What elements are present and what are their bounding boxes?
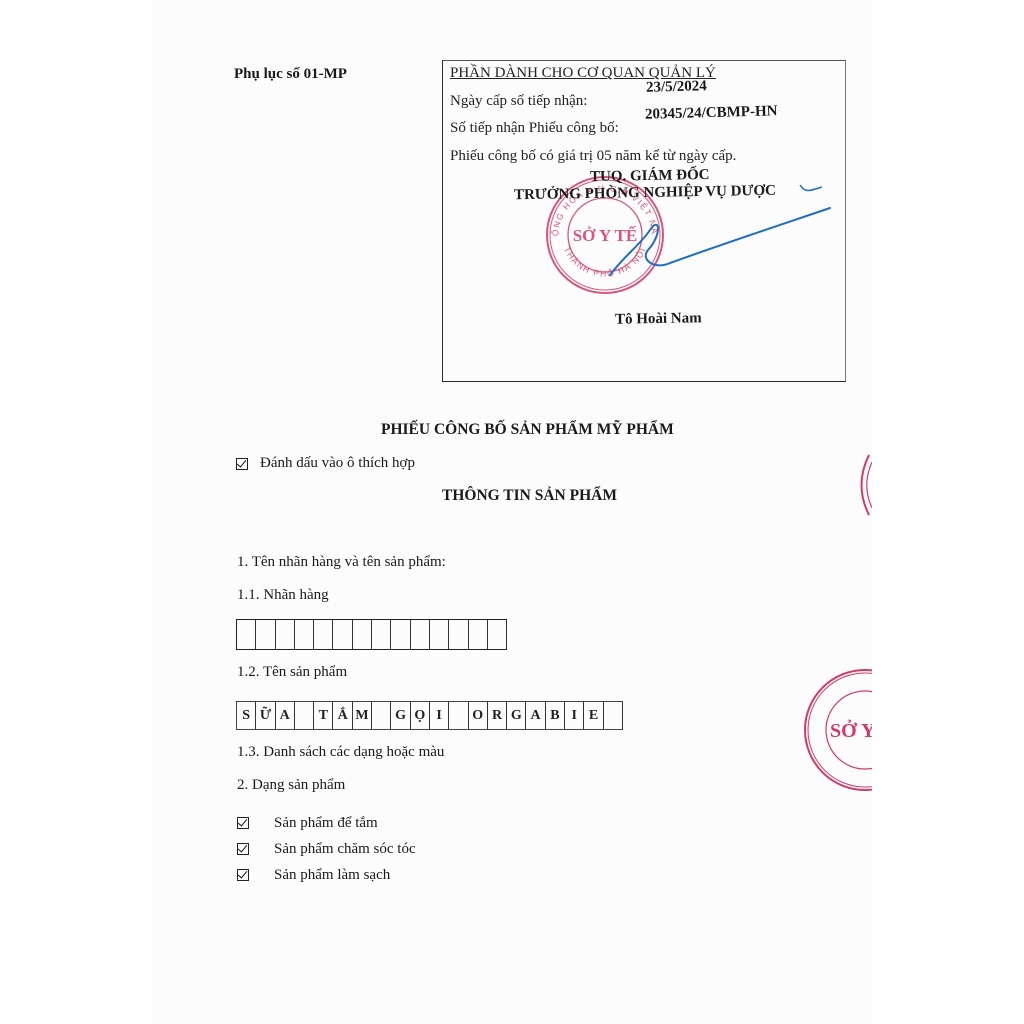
letter-cell[interactable]: B — [546, 702, 565, 729]
letter-cell[interactable] — [488, 620, 507, 649]
signer-name: Tô Hoài Nam — [615, 310, 702, 329]
checkbox-checked-icon[interactable] — [237, 817, 249, 829]
letter-cell[interactable]: S — [237, 702, 256, 729]
product-name-cells[interactable]: SỮATẮMGỌIORGABIE — [236, 701, 623, 730]
letter-cell[interactable]: G — [391, 702, 410, 729]
letter-cell[interactable] — [449, 620, 468, 649]
letter-cell[interactable]: T — [314, 702, 333, 729]
letter-cell[interactable]: M — [353, 702, 372, 729]
edge-stamp-icon: SỞ Y — [800, 665, 872, 795]
letter-cell[interactable] — [391, 620, 410, 649]
letter-cell[interactable] — [372, 702, 391, 729]
product-type-item: Sản phẩm để tắm — [237, 810, 416, 836]
question-1-3-label: 1.3. Danh sách các dạng hoặc màu — [237, 744, 444, 761]
letter-cell[interactable] — [353, 620, 372, 649]
issue-date-label: Ngày cấp số tiếp nhận: — [450, 93, 587, 110]
question-2-label: 2. Dạng sản phẩm — [237, 777, 345, 794]
check-hint: Đánh dấu vào ô thích hợp — [236, 455, 415, 472]
letter-cell[interactable] — [372, 620, 391, 649]
letter-cell[interactable]: E — [584, 702, 603, 729]
product-type-list: Sản phẩm để tắmSản phẩm chăm sóc tócSản … — [237, 810, 416, 888]
letter-cell[interactable] — [411, 620, 430, 649]
section-title: THÔNG TIN SẢN PHẨM — [442, 487, 617, 505]
receipt-number-label: Số tiếp nhận Phiếu công bố: — [450, 120, 619, 137]
brand-name-cells[interactable] — [236, 619, 507, 650]
product-type-item: Sản phẩm làm sạch — [237, 862, 416, 888]
letter-cell[interactable] — [276, 620, 295, 649]
letter-cell[interactable]: Ắ — [333, 702, 352, 729]
letter-cell[interactable] — [449, 702, 468, 729]
letter-cell[interactable]: A — [526, 702, 545, 729]
letter-cell[interactable] — [295, 620, 314, 649]
letter-cell[interactable]: I — [430, 702, 449, 729]
svg-text:SỞ Y: SỞ Y — [830, 719, 872, 742]
letter-cell[interactable] — [237, 620, 256, 649]
letter-cell[interactable] — [256, 620, 275, 649]
letter-cell[interactable] — [469, 620, 488, 649]
letter-cell[interactable] — [604, 702, 623, 729]
letter-cell[interactable] — [314, 620, 333, 649]
validity-note: Phiếu công bố có giá trị 05 năm kể từ ng… — [450, 148, 736, 165]
letter-cell[interactable] — [333, 620, 352, 649]
product-type-label: Sản phẩm làm sạch — [274, 867, 390, 884]
checkbox-checked-icon[interactable] — [237, 869, 249, 881]
letter-cell[interactable]: O — [469, 702, 488, 729]
question-1-2-label: 1.2. Tên sản phẩm — [237, 664, 347, 681]
checkbox-checked-icon[interactable] — [236, 458, 248, 470]
letter-cell[interactable]: G — [507, 702, 526, 729]
handwritten-signature-icon — [600, 175, 840, 295]
letter-cell[interactable]: I — [565, 702, 584, 729]
edge-stamp-fragment-icon — [855, 450, 872, 520]
letter-cell[interactable] — [295, 702, 314, 729]
product-type-label: Sản phẩm chăm sóc tóc — [274, 841, 416, 858]
form-title: PHIẾU CÔNG BỐ SẢN PHẨM MỸ PHẨM — [381, 421, 674, 439]
product-type-item: Sản phẩm chăm sóc tóc — [237, 836, 416, 862]
letter-cell[interactable] — [430, 620, 449, 649]
issue-date-value: 23/5/2024 — [646, 78, 707, 97]
question-1-label: 1. Tên nhãn hàng và tên sản phẩm: — [237, 554, 446, 571]
letter-cell[interactable]: R — [488, 702, 507, 729]
letter-cell[interactable]: Ọ — [411, 702, 430, 729]
product-type-label: Sản phẩm để tắm — [274, 815, 378, 832]
question-1-1-label: 1.1. Nhãn hàng — [237, 587, 329, 604]
check-hint-text: Đánh dấu vào ô thích hợp — [260, 455, 415, 471]
letter-cell[interactable]: A — [276, 702, 295, 729]
receipt-number-value: 20345/24/CBMP-HN — [645, 103, 778, 123]
checkbox-checked-icon[interactable] — [237, 843, 249, 855]
appendix-label: Phụ lục số 01-MP — [234, 66, 347, 83]
letter-cell[interactable]: Ữ — [256, 702, 275, 729]
